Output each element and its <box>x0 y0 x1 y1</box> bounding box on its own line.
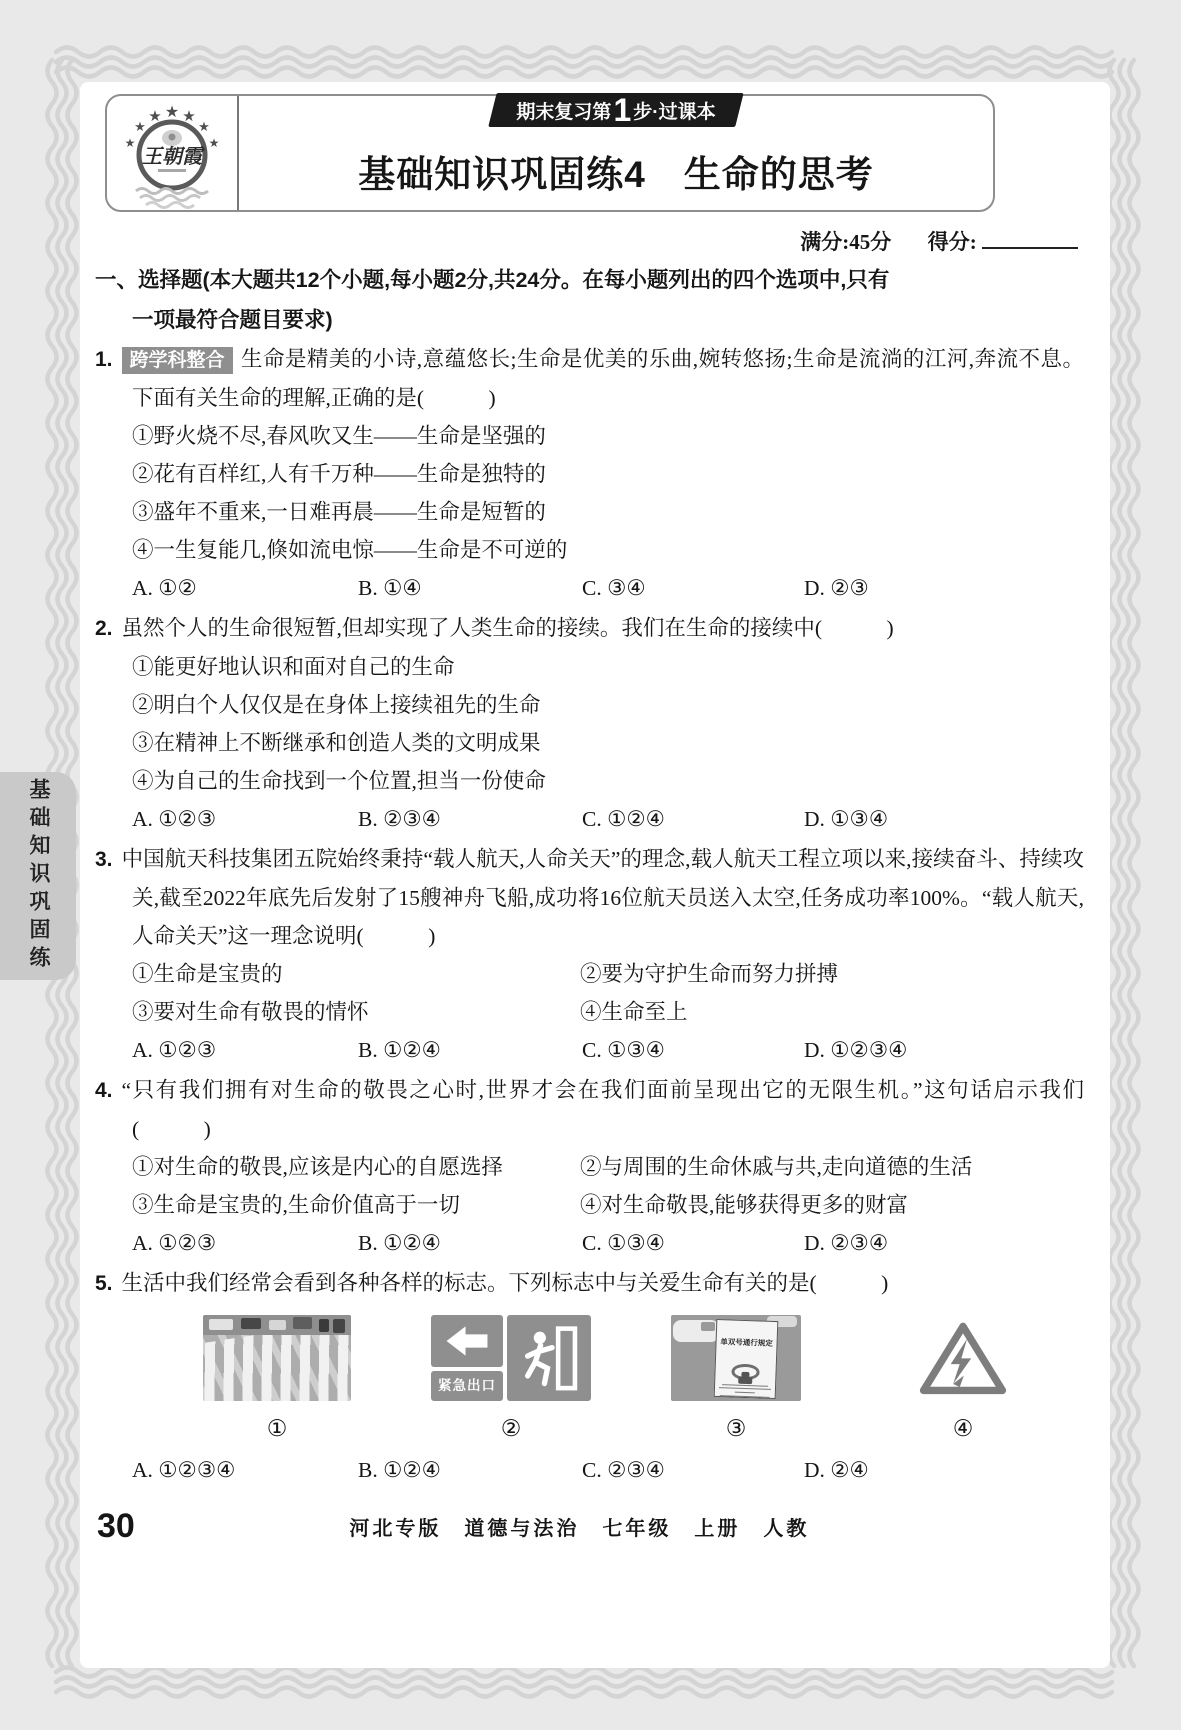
left-arrow-tile <box>431 1315 503 1367</box>
left-arrow-icon <box>439 1322 495 1360</box>
answer-option-d[interactable]: D. ②③④ <box>804 1224 1084 1262</box>
answer-option-b[interactable]: B. ①②④ <box>358 1451 582 1489</box>
answer-option-a[interactable]: A. ①②③④ <box>132 1451 358 1489</box>
statement-item: ①能更好地认识和面对自己的生命 <box>95 648 1084 686</box>
exit-text: 紧急出口 <box>438 1367 496 1405</box>
signboard-title: 单双号通行规定 <box>720 1323 774 1363</box>
step-banner-suffix: 步·过课本 <box>633 97 715 124</box>
question-number: 3. <box>95 848 122 871</box>
emergency-exit-sign: 紧急出口 <box>431 1315 591 1401</box>
traffic-rule-signboard: 单双号通行规定 <box>714 1319 779 1399</box>
signboard-text-line <box>720 1395 770 1398</box>
edition-imprint: 河北专版 道德与法治 七年级 上册 人教 <box>135 1512 1024 1541</box>
statement-item: ③在精神上不断继承和创造人类的文明成果 <box>95 724 1084 762</box>
answer-option-c[interactable]: C. ③④ <box>582 569 804 607</box>
statement-item: ②花有百样红,人有千万种——生命是独特的 <box>95 455 1084 493</box>
logo-wave-decor <box>140 196 200 201</box>
figure-caption: ② <box>501 1409 522 1449</box>
statement-item: ④为自己的生命找到一个位置,担当一份使命 <box>95 762 1084 800</box>
step-banner: 期末复习第 1 步·过课本 <box>492 93 739 127</box>
answer-option-b[interactable]: B. ①④ <box>358 569 582 607</box>
sidebar-chapter-tab-label: 基础知识巩固练 <box>23 778 53 974</box>
logo-star-icon: ★ <box>134 119 146 134</box>
brand-logo-cell: ★ ★ ★ ★ ★ ★ ★ 王朝霞 <box>107 96 239 210</box>
question-stem: “只有我们拥有对生命的敬畏之心时,世界才会在我们面前呈现出它的无限生机。”这句话… <box>122 1078 1084 1141</box>
question-1: 1.跨学科整合生命是精美的小诗,意蕴悠长;生命是优美的乐曲,婉转悠扬;生命是流淌… <box>95 340 1084 607</box>
car-shape <box>269 1320 286 1330</box>
figure-2: 紧急出口 <box>431 1315 591 1449</box>
answer-option-d[interactable]: D. ①②③④ <box>804 1031 1084 1069</box>
header-title-area: 期末复习第 1 步·过课本 基础知识巩固练4 生命的思考 <box>239 96 993 210</box>
full-score-label: 满分:45分 <box>800 230 891 254</box>
answer-option-b[interactable]: B. ①②④ <box>358 1031 582 1069</box>
answer-option-d[interactable]: D. ②④ <box>804 1451 1084 1489</box>
section-heading-line2: 一项最符合题目要求) <box>95 300 1084 340</box>
section-heading-line1: 一、选择题(本大题共12个小题,每小题2分,共24分。在每小题列出的四个选项中,… <box>95 260 1084 300</box>
pedestrian-shape <box>333 1319 345 1333</box>
answer-option-d[interactable]: D. ②③ <box>804 569 1084 607</box>
question-stem: 虽然个人的生命很短暂,但却实现了人类生命的接续。我们在生命的接续中( ) <box>122 616 894 640</box>
worksheet-page: ★ ★ ★ ★ ★ ★ ★ 王朝霞 <box>80 82 1110 1668</box>
step-banner-number: 1 <box>611 95 633 125</box>
step-banner-prefix: 期末复习第 <box>516 97 611 124</box>
statement-item: ②明白个人仅仅是在身体上接续祖先的生命 <box>95 686 1084 724</box>
logo-star-icon: ★ <box>148 109 161 125</box>
answer-option-a[interactable]: A. ①②③ <box>132 1031 358 1069</box>
car-shape <box>209 1319 233 1330</box>
question-3: 3.中国航天科技集团五院始终秉持“载人航天,人命关天”的理念,载人航天工程立项以… <box>95 840 1084 1069</box>
earned-score-blank[interactable] <box>982 229 1078 249</box>
answer-option-c[interactable]: C. ①③④ <box>582 1031 804 1069</box>
car-shape <box>673 1320 719 1342</box>
logo-brand-name: 王朝霞 <box>142 145 206 168</box>
car-shape <box>241 1318 261 1329</box>
answer-option-a[interactable]: A. ①②③ <box>132 1224 358 1262</box>
logo-wave-decor <box>136 189 208 194</box>
logo-star-icon: ★ <box>182 109 195 125</box>
zebra-crossing-photo <box>203 1315 351 1401</box>
question-number: 1. <box>95 348 122 371</box>
sidebar-chapter-tab: 基础知识巩固练 <box>0 772 76 980</box>
cross-subject-tag: 跨学科整合 <box>122 347 233 374</box>
page-footer: 30 河北专版 道德与法治 七年级 上册 人教 <box>95 1507 1084 1546</box>
statement-item: ③生命是宝贵的,生命价值高于一切 <box>132 1186 580 1224</box>
worksheet-header: ★ ★ ★ ★ ★ ★ ★ 王朝霞 <box>105 94 995 212</box>
statement-item: ④对生命敬畏,能够获得更多的财富 <box>580 1186 1084 1224</box>
running-man-exit-icon <box>516 1321 582 1395</box>
figure-caption: ④ <box>953 1409 974 1449</box>
question-5: 5.生活中我们经常会看到各种各样的标志。下列标志中与关爱生命有关的是( ) <box>95 1264 1084 1489</box>
statement-item: ④一生复能几,倏如流电惊——生命是不可逆的 <box>95 531 1084 569</box>
step-banner-shape: 期末复习第 1 步·过课本 <box>488 93 744 127</box>
worksheet-content: ★ ★ ★ ★ ★ ★ ★ 王朝霞 <box>80 82 1110 1668</box>
sign-figures-row: ① 紧急出口 <box>95 1303 1084 1451</box>
car-shape <box>293 1317 312 1329</box>
logo-star-icon: ★ <box>209 136 220 150</box>
logo-star-icon: ★ <box>165 104 179 121</box>
answer-option-b[interactable]: B. ②③④ <box>358 800 582 838</box>
question-stem: 生命是精美的小诗,意蕴悠长;生命是优美的乐曲,婉转悠扬;生命是流淌的江河,奔流不… <box>132 347 1084 410</box>
signboard-text-line <box>719 1387 771 1390</box>
statement-item: ②与周围的生命休戚与共,走向道德的生活 <box>580 1148 1084 1186</box>
figure-3: 单双号通行规定 ③ <box>671 1315 801 1449</box>
signboard-text-line <box>722 1384 768 1386</box>
question-number: 4. <box>95 1079 122 1102</box>
statement-item: ③盛年不重来,一日难再晨——生命是短暂的 <box>95 493 1084 531</box>
answer-option-d[interactable]: D. ①③④ <box>804 800 1084 838</box>
logo-star-icon: ★ <box>198 119 210 134</box>
section-heading: 一、选择题(本大题共12个小题,每小题2分,共24分。在每小题列出的四个选项中,… <box>95 260 1084 340</box>
question-4: 4.“只有我们拥有对生命的敬畏之心时,世界才会在我们面前呈现出它的无限生机。”这… <box>95 1071 1084 1262</box>
statement-item: ①对生命的敬畏,应该是内心的自愿选择 <box>132 1148 580 1186</box>
answer-option-a[interactable]: A. ①② <box>132 569 358 607</box>
wangzhaoxia-logo: ★ ★ ★ ★ ★ ★ ★ 王朝霞 <box>120 97 224 209</box>
answer-option-c[interactable]: C. ①②④ <box>582 800 804 838</box>
logo-star-icon: ★ <box>125 136 136 150</box>
statement-item: ①生命是宝贵的 <box>132 955 580 993</box>
page-number: 30 <box>95 1507 135 1546</box>
high-voltage-warning-icon <box>917 1315 1009 1401</box>
answer-option-c[interactable]: C. ②③④ <box>582 1451 804 1489</box>
statement-item: ③要对生命有敬畏的情怀 <box>132 993 580 1031</box>
question-number: 2. <box>95 617 122 640</box>
logo-wave-decor <box>146 203 194 208</box>
question-stem: 生活中我们经常会看到各种各样的标志。下列标志中与关爱生命有关的是( ) <box>122 1271 889 1295</box>
signboard-text-line <box>735 1392 755 1394</box>
worksheet-title: 基础知识巩固练4 生命的思考 <box>358 144 874 198</box>
figure-4: ④ <box>917 1315 1009 1449</box>
statement-item: ②要为守护生命而努力拼搏 <box>580 955 1084 993</box>
question-2: 2.虽然个人的生命很短暂,但却实现了人类生命的接续。我们在生命的接续中( ) ①… <box>95 609 1084 838</box>
pedestrian-shape <box>319 1319 329 1332</box>
statement-item: ①野火烧不尽,春风吹又生——生命是坚强的 <box>95 417 1084 455</box>
question-number: 5. <box>95 1272 122 1295</box>
figure-1: ① <box>203 1315 351 1449</box>
answer-option-c[interactable]: C. ①③④ <box>582 1224 804 1262</box>
exit-text-tile: 紧急出口 <box>431 1371 503 1401</box>
earned-score-label: 得分: <box>928 230 977 254</box>
answer-option-b[interactable]: B. ①②④ <box>358 1224 582 1262</box>
score-line: 满分:45分 得分: <box>95 226 1078 256</box>
odd-even-traffic-rule-photo: 单双号通行规定 <box>671 1315 801 1401</box>
figure-caption: ③ <box>726 1409 747 1449</box>
running-man-tile <box>507 1315 591 1401</box>
no-cars-icon <box>731 1364 760 1380</box>
question-stem: 中国航天科技集团五院始终秉持“载人航天,人命关天”的理念,载人航天工程立项以来,… <box>122 847 1084 948</box>
statement-item: ④生命至上 <box>580 993 1084 1031</box>
answer-option-a[interactable]: A. ①②③ <box>132 800 358 838</box>
figure-caption: ① <box>267 1409 288 1449</box>
